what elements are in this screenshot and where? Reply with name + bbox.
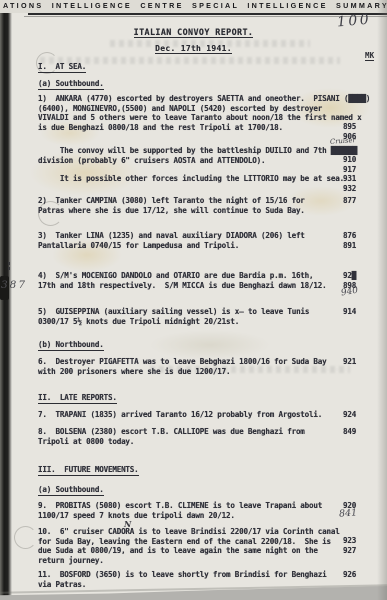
paragraph-item-8: 8. BOLSENA (2380) escort T.B. CALLIOPE w…	[38, 427, 305, 446]
section-heading-at-sea: I. AT SEA.	[38, 62, 86, 73]
section-heading-late-reports: II. LATE REPORTS.	[38, 393, 117, 404]
text-line: 0300/17 5½ knots due Tripoli midnight 20…	[38, 317, 309, 327]
ref-number: 924	[343, 410, 356, 420]
text-line: (6400), MONGINEVRO,(5500) and NAPOLI (54…	[38, 104, 370, 114]
text-line: with 200 prisoners where she is due 1200…	[38, 367, 327, 377]
ref-number: 914	[343, 307, 356, 317]
text-line: 17th and 18th respectively. S/M MICCA is…	[38, 281, 327, 291]
text-line: 1) ANKARA (4770) escorted by destroyers …	[38, 94, 370, 104]
handwritten-ref-940: 940	[340, 286, 359, 299]
text-line: 11. BOSFORD (3650) is to leave shortly f…	[38, 570, 327, 580]
subheading-southbound-2: (a) Southbound.	[38, 485, 104, 496]
right-edge-shade	[377, 0, 387, 600]
ref-number: 917	[343, 165, 356, 175]
margin-refs-item-3: 876 891	[343, 231, 356, 250]
header-rule-shadow	[24, 16, 387, 17]
heading-text: (a) Southbound.	[38, 79, 104, 90]
page-title: ITALIAN CONVOY REPORT.	[0, 27, 387, 38]
heading-text: II. LATE REPORTS.	[38, 393, 117, 404]
text-line: 5) GUISEPPINA (auxiliary sailing vessel)…	[38, 307, 309, 317]
heading-text: (b) Northbound.	[38, 340, 104, 351]
heading-text: III. FUTURE MOVEMENTS.	[38, 465, 139, 476]
margin-refs-item-5: 914	[343, 307, 356, 317]
margin-refs-item-6: 921	[343, 357, 356, 367]
ref-number: 92█	[343, 271, 356, 281]
handwritten-margin-387: 387	[1, 279, 27, 291]
top-banner: ATIONS INTELLIGENCE CENTRE SPECIAL INTEL…	[0, 0, 387, 13]
margin-refs-item-10: 923 927	[343, 536, 356, 555]
text-line: Pantallaria 0740/15 for Lampedusa and Tr…	[38, 241, 305, 251]
paragraph-item-2: 2) Tanker CAMPINA (3080) left Taranto th…	[38, 196, 305, 215]
paragraph-item-9: 9. PROBITAS (5080) escort T.B. CLIMENE i…	[38, 501, 322, 520]
margin-refs-item-7: 924	[343, 410, 356, 420]
text-line: The convoy will be supported by the batt…	[38, 146, 357, 156]
ref-number: 931	[343, 174, 356, 184]
paragraph-item-7: 7. TRAPANI (1835) arrived Taranto 16/12 …	[38, 410, 322, 420]
ref-number: 891	[343, 241, 356, 251]
paragraph-item-1: 1) ANKARA (4770) escorted by destroyers …	[38, 94, 370, 132]
scanned-document-page: ATIONS INTELLIGENCE CENTRE SPECIAL INTEL…	[0, 0, 387, 600]
paragraph-convoy-support: The convoy will be supported by the batt…	[38, 146, 357, 165]
handwritten-ref-841: 841	[339, 507, 358, 519]
text-line: is due Benghazi 0800/18 and the rest Tri…	[38, 123, 370, 133]
ref-number: 921	[343, 357, 356, 367]
text-line: 9. PROBITAS (5080) escort T.B. CLIMENE i…	[38, 501, 322, 511]
paragraph-item-5: 5) GUISEPPINA (auxiliary sailing vessel)…	[38, 307, 309, 326]
margin-refs-item-8: 849	[343, 427, 356, 437]
initials-text: MK	[365, 51, 374, 61]
margin-refs-item-11: 926	[343, 570, 356, 580]
text-line: It is possible other forces including th…	[38, 174, 344, 184]
text-line: Patras where she is due 17/12, she will …	[38, 206, 305, 216]
text-line: return journey.	[38, 556, 340, 566]
text-line: 10. 6" cruiser CADORA is to leave Brindi…	[38, 527, 340, 537]
ref-number: 932	[343, 184, 356, 194]
subheading-northbound: (b) Northbound.	[38, 340, 104, 351]
ref-number: 923	[343, 536, 356, 546]
text-line: 3) Tanker LINA (1235) and naval auxiliar…	[38, 231, 305, 241]
text-line: division (probably 6" cruisers AOSTA and…	[38, 156, 357, 166]
ref-number: 876	[343, 231, 356, 241]
paragraph-littorio: It is possible other forces including th…	[38, 174, 344, 184]
text-line: 7. TRAPANI (1835) arrived Taranto 16/12 …	[38, 410, 322, 420]
text-line: VIVALDI and 5 others were to leave Taran…	[38, 113, 370, 123]
paragraph-item-3: 3) Tanker LINA (1235) and naval auxiliar…	[38, 231, 305, 250]
ink-speck	[8, 267, 10, 270]
text-line: due Suda at 0800/19, and is to leave aga…	[38, 546, 340, 556]
paragraph-item-4: 4) S/M's MOCENIGO DANDOLO and OTARIO are…	[38, 271, 327, 290]
heading-text: (a) Southbound.	[38, 485, 104, 496]
ref-number: 849	[343, 427, 356, 437]
text-line: 8. BOLSENA (2380) escort T.B. CALLIOPE w…	[38, 427, 305, 437]
report-date: Dec. 17th 1941.	[0, 44, 387, 54]
text-line: 1100/17 speed 7 knots due tripoli dawn 2…	[38, 511, 322, 521]
ref-number: 895	[343, 122, 356, 132]
margin-refs-item-2: 877	[343, 196, 356, 206]
text-line: 6. Destroyer PIGAFETTA was to leave Bebg…	[38, 357, 327, 367]
text-line: Tripoli at 0800 today.	[38, 437, 305, 447]
heading-text: I. AT SEA.	[38, 62, 86, 73]
ref-number: 927	[343, 546, 356, 556]
ref-number: 877	[343, 196, 356, 206]
handwritten-cruiser-note: Cruiser	[330, 136, 356, 146]
paragraph-item-6: 6. Destroyer PIGAFETTA was to leave Bebg…	[38, 357, 327, 376]
ref-number: 910	[343, 155, 356, 165]
paragraph-item-10: 10. 6" cruiser CADORA is to leave Brindi…	[38, 527, 340, 565]
page-title-text: ITALIAN CONVOY REPORT.	[134, 27, 254, 38]
text-line: 2) Tanker CAMPINA (3080) left Taranto th…	[38, 196, 305, 206]
margin-refs-littorio: 931 932	[343, 174, 356, 193]
initials-mark: MK	[365, 51, 374, 61]
section-heading-future-movements: III. FUTURE MOVEMENTS.	[38, 465, 139, 476]
subheading-southbound-1: (a) Southbound.	[38, 79, 104, 90]
paper-stain	[150, 330, 270, 360]
header-rule	[28, 13, 387, 15]
text-line: 4) S/M's MOCENIGO DANDOLO and OTARIO are…	[38, 271, 327, 281]
ink-speck	[8, 262, 10, 265]
punch-hole	[14, 526, 37, 549]
margin-refs-convoy: 910 917	[343, 155, 356, 174]
text-line: for Suda Bay, leaving the Eastern end of…	[38, 537, 340, 547]
banner-title: ATIONS INTELLIGENCE CENTRE SPECIAL INTEL…	[3, 1, 387, 10]
left-binding-edge	[0, 13, 12, 600]
ref-number: 926	[343, 570, 356, 580]
report-date-text: Dec. 17th 1941.	[155, 44, 232, 54]
